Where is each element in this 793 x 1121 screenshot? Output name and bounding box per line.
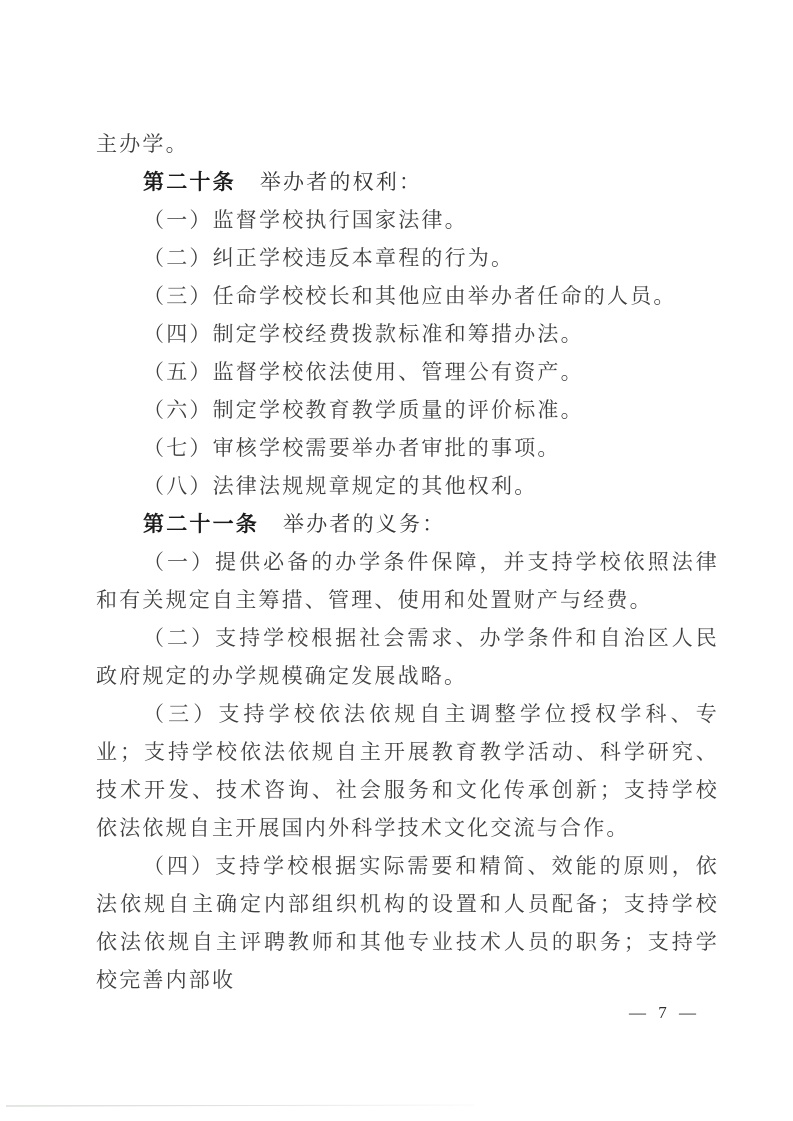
article-21-heading: 第二十一条举办者的义务： <box>96 505 719 543</box>
article-21-item-1: （一）提供必备的办学条件保障，并支持学校依照法律和有关规定自主筹措、管理、使用和… <box>96 543 719 619</box>
article-20-heading: 第二十条举办者的权利： <box>96 163 719 201</box>
article-21-item-4: （四）支持学校根据实际需要和精简、效能的原则，依法依规自主确定内部组织机构的设置… <box>96 847 719 999</box>
article-20-item-5: （五）监督学校依法使用、管理公有资产。 <box>96 353 719 391</box>
article-20-item-4: （四）制定学校经费拨款标准和筹措办法。 <box>96 315 719 353</box>
article-21-number: 第二十一条 <box>143 512 259 536</box>
article-20-number: 第二十条 <box>143 170 236 194</box>
document-page: 主办学。 第二十条举办者的权利： （一）监督学校执行国家法律。 （二）纠正学校违… <box>0 0 793 1121</box>
page-number: — 7 — <box>629 1001 700 1025</box>
article-21-item-3: （三）支持学校依法依规自主调整学位授权学科、专业；支持学校依法依规自主开展教育教… <box>96 695 719 847</box>
scan-artifact-line <box>6 1105 474 1107</box>
article-20-item-6: （六）制定学校教育教学质量的评价标准。 <box>96 391 719 429</box>
article-20-item-8: （八）法律法规规章规定的其他权利。 <box>96 467 719 505</box>
article-20-item-2: （二）纠正学校违反本章程的行为。 <box>96 239 719 277</box>
article-20-item-3: （三）任命学校校长和其他应由举办者任命的人员。 <box>96 277 719 315</box>
article-21-title: 举办者的义务： <box>283 512 445 536</box>
article-21-item-2: （二）支持学校根据社会需求、办学条件和自治区人民政府规定的办学规模确定发展战略。 <box>96 619 719 695</box>
continuation-line: 主办学。 <box>96 125 719 163</box>
article-20-item-7: （七）审核学校需要举办者审批的事项。 <box>96 429 719 467</box>
article-20-title: 举办者的权利： <box>260 170 422 194</box>
article-20-item-1: （一）监督学校执行国家法律。 <box>96 201 719 239</box>
document-body: 主办学。 第二十条举办者的权利： （一）监督学校执行国家法律。 （二）纠正学校违… <box>96 125 719 999</box>
